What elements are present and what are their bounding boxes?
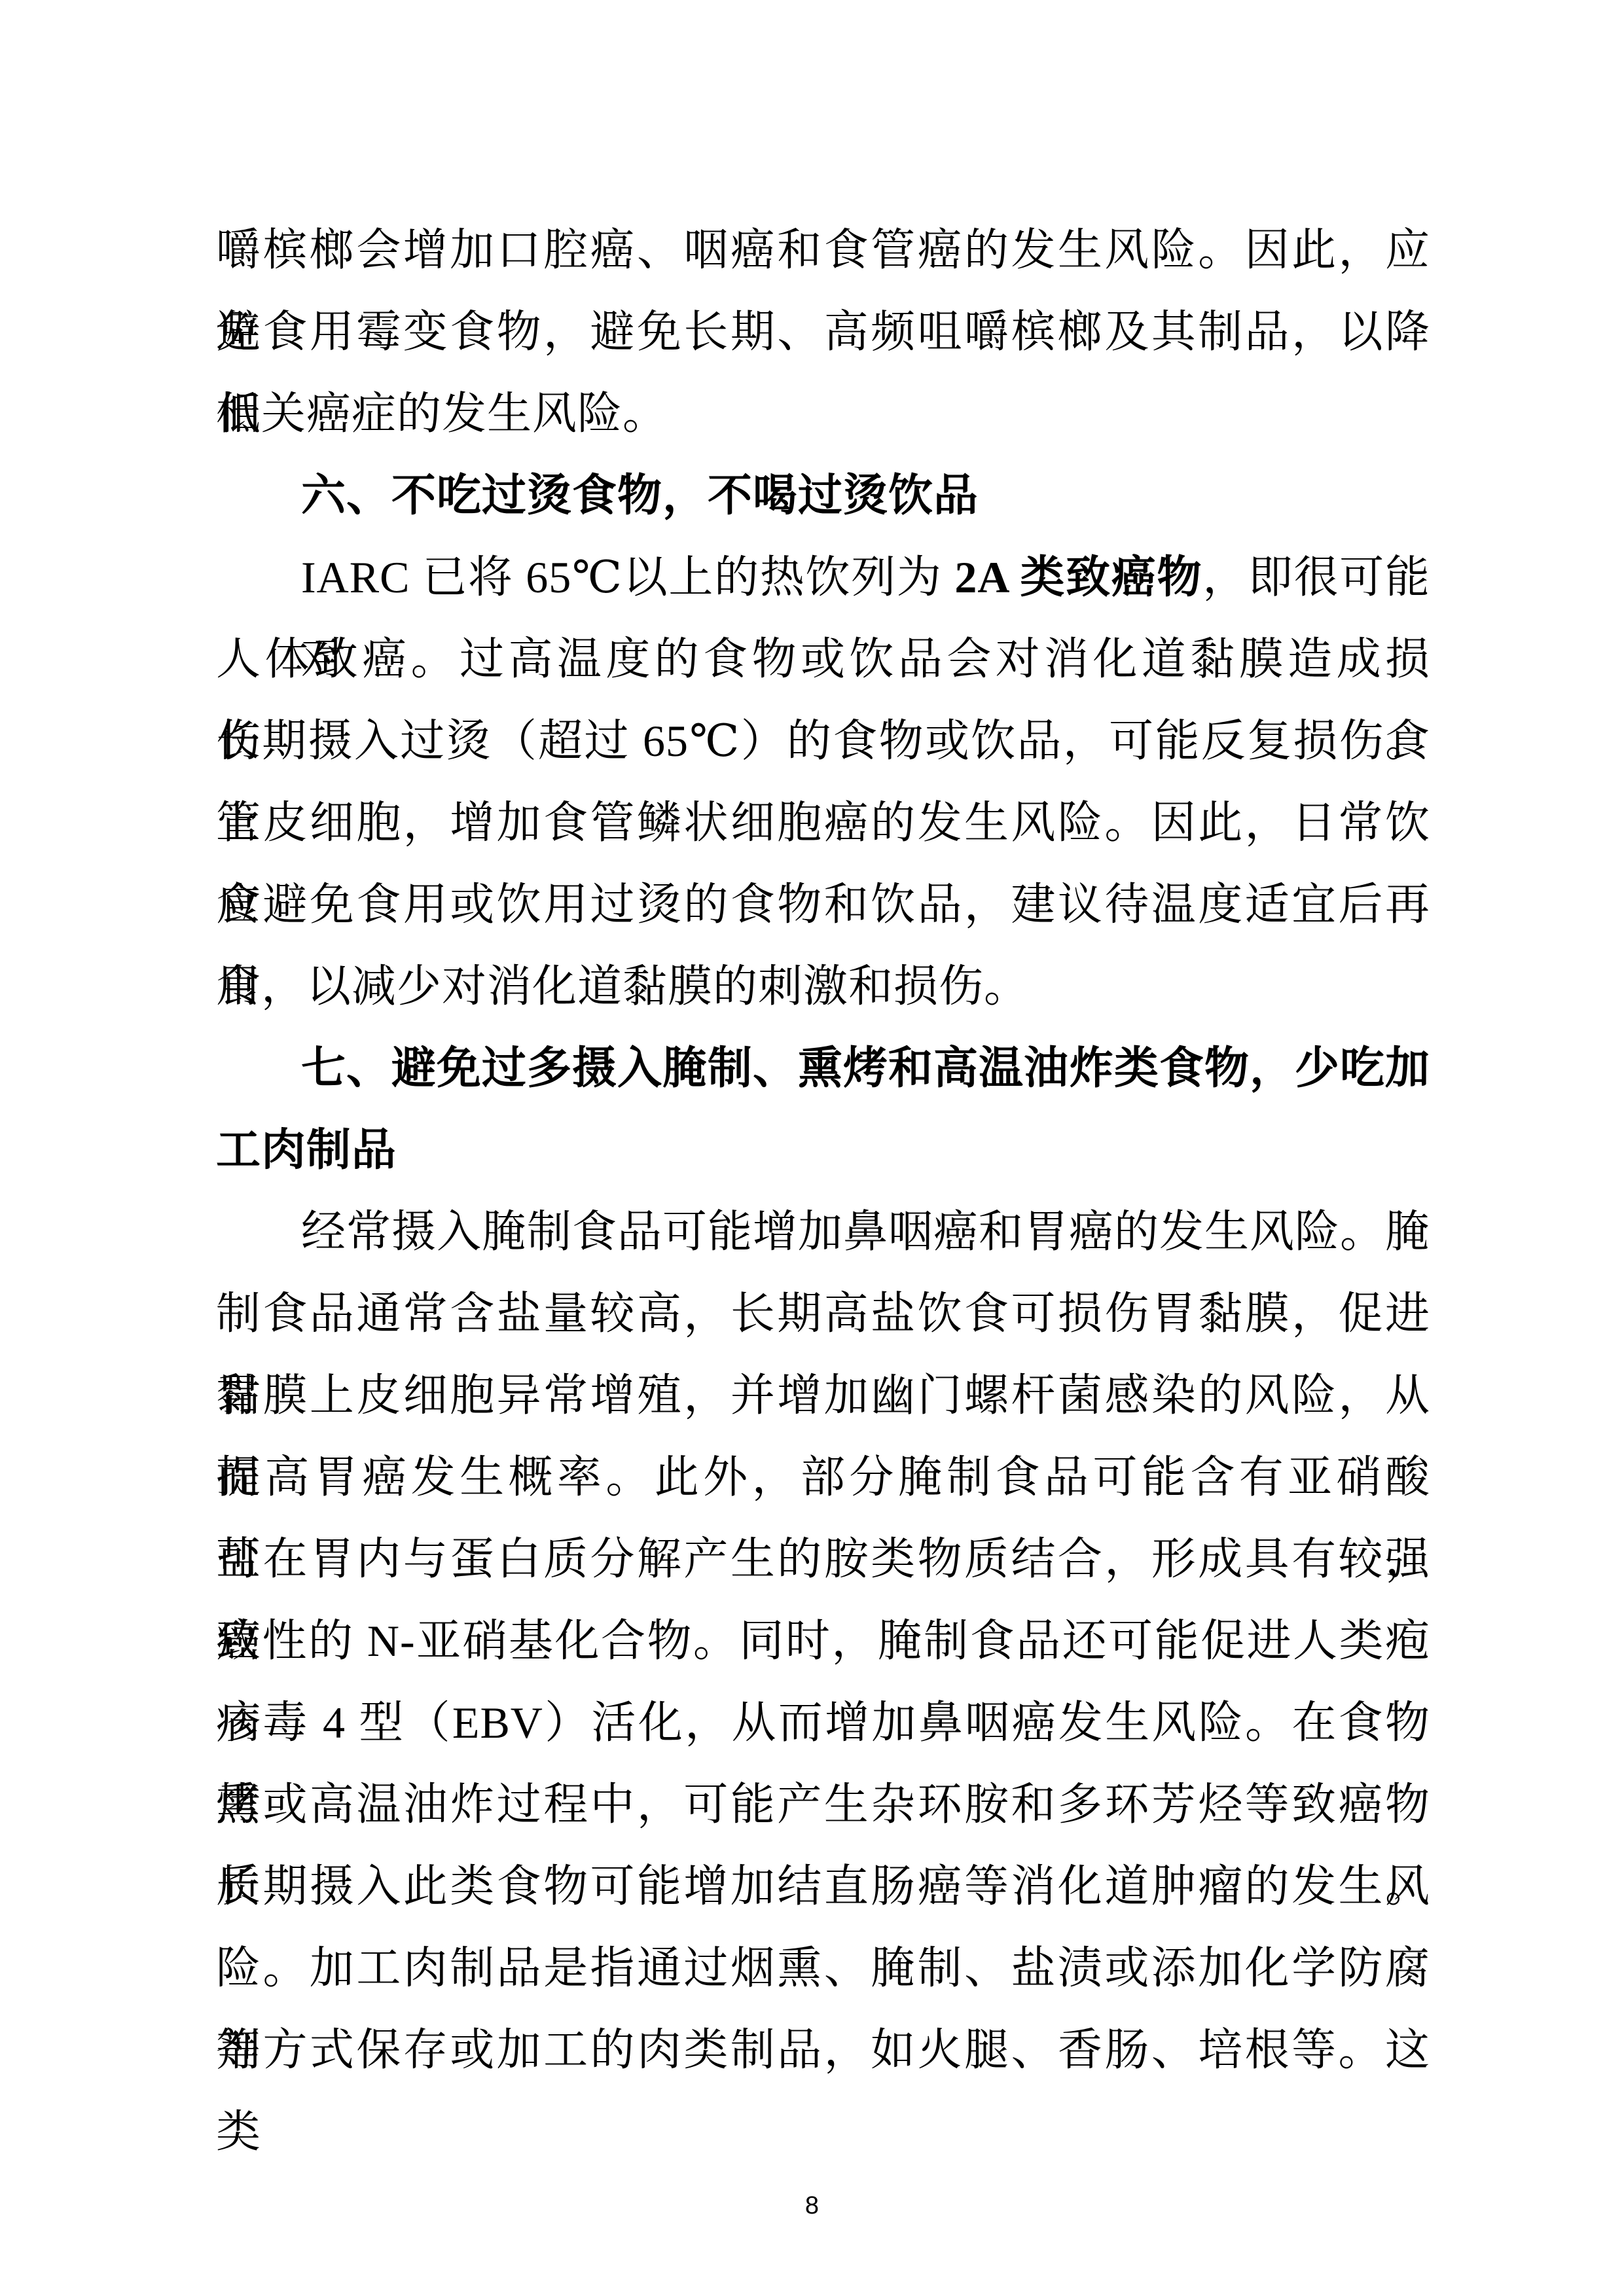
body-line: 应避免食用或饮用过烫的食物和饮品，建议待温度适宜后再食 xyxy=(216,864,1430,946)
body-line: 等方式保存或加工的肉类制品，如火腿、香肠、培根等。这类 xyxy=(216,2009,1430,2091)
heading-line: 六、不吃过烫食物，不喝过烫饮品 xyxy=(216,455,1430,537)
body-line: 长期摄入此类食物可能增加结直肠癌等消化道肿瘤的发生风 xyxy=(216,1846,1430,1928)
body-line: 长期摄入过烫（超过 65℃）的食物或饮品，可能反复损伤食管 xyxy=(216,700,1430,782)
body-line: 可在胃内与蛋白质分解产生的胺类物质结合，形成具有较强致 xyxy=(216,1518,1430,1600)
body-line: 烤或高温油炸过程中，可能产生杂环胺和多环芳烃等致癌物质。 xyxy=(216,1764,1430,1846)
body-line: 免食用霉变食物，避免长期、高频咀嚼槟榔及其制品，以降低 xyxy=(216,291,1430,373)
page-footer: 8 xyxy=(0,2186,1624,2225)
body-line: 癌性的 N-亚硝基化合物。同时，腌制食品还可能促进人类疱疹 xyxy=(216,1600,1430,1682)
text-run: 用，以减少对消化道黏膜的刺激和损伤。 xyxy=(216,961,1029,1011)
text-run: IARC 已将 65℃以上的热饮列为 xyxy=(301,552,954,602)
body-line: 嚼槟榔会增加口腔癌、咽癌和食管癌的发生风险。因此，应避 xyxy=(216,209,1430,291)
heading-line: 工肉制品 xyxy=(216,1109,1430,1191)
text-run: 长期摄入此类食物可能增加结直肠癌等消化道肿瘤的发生风 xyxy=(216,1861,1430,1911)
heading-line: 七、避免过多摄入腌制、熏烤和高温油炸类食物，少吃加 xyxy=(216,1028,1430,1109)
body-line: 人体致癌。过高温度的食物或饮品会对消化道黏膜造成损伤。 xyxy=(216,619,1430,700)
body-line: 险。加工肉制品是指通过烟熏、腌制、盐渍或添加化学防腐剂 xyxy=(216,1928,1430,2009)
body-line: 制食品通常含盐量较高，长期高盐饮食可损伤胃黏膜，促进胃 xyxy=(216,1273,1430,1355)
body-line: IARC 已将 65℃以上的热饮列为 2A 类致癌物，即很可能对 xyxy=(216,537,1430,619)
body-line: 提高胃癌发生概率。此外，部分腌制食品可能含有亚硝酸盐， xyxy=(216,1437,1430,1518)
text-run: 经常摄入腌制食品可能增加鼻咽癌和胃癌的发生风险。腌 xyxy=(301,1207,1430,1257)
body-line: 用，以减少对消化道黏膜的刺激和损伤。 xyxy=(216,946,1430,1028)
document-body: 嚼槟榔会增加口腔癌、咽癌和食管癌的发生风险。因此，应避免食用霉变食物，避免长期、… xyxy=(216,209,1430,2091)
document-page: 嚼槟榔会增加口腔癌、咽癌和食管癌的发生风险。因此，应避免食用霉变食物，避免长期、… xyxy=(0,0,1624,2296)
text-run: 相关癌症的发生风险。 xyxy=(216,389,668,439)
text-lines: 嚼槟榔会增加口腔癌、咽癌和食管癌的发生风险。因此，应避免食用霉变食物，避免长期、… xyxy=(216,209,1430,2091)
body-line: 经常摄入腌制食品可能增加鼻咽癌和胃癌的发生风险。腌 xyxy=(216,1191,1430,1273)
text-run: 等方式保存或加工的肉类制品，如火腿、香肠、培根等。这类 xyxy=(216,2025,1430,2157)
text-run: 六、不吃过烫食物，不喝过烫饮品 xyxy=(301,471,979,520)
body-line: 上皮细胞，增加食管鳞状细胞癌的发生风险。因此，日常饮食 xyxy=(216,782,1430,864)
body-line: 病毒 4 型（EBV）活化，从而增加鼻咽癌发生风险。在食物熏 xyxy=(216,1682,1430,1764)
page-number: 8 xyxy=(805,2192,819,2219)
body-line: 黏膜上皮细胞异常增殖，并增加幽门螺杆菌感染的风险，从而 xyxy=(216,1355,1430,1437)
text-run: 七、避免过多摄入腌制、熏烤和高温油炸类食物，少吃加 xyxy=(301,1043,1430,1093)
body-line: 相关癌症的发生风险。 xyxy=(216,373,1430,455)
text-run: 工肉制品 xyxy=(216,1125,397,1175)
bold-text-run: 2A 类致癌物 xyxy=(954,552,1202,602)
